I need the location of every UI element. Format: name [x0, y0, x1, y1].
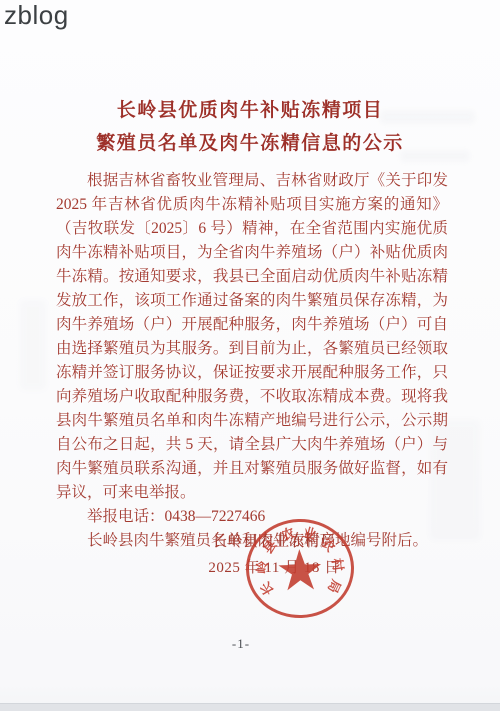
document-body: 根据吉林省畜牧业管理局、吉林省财政厅《关于印发 2025 年吉林省优质肉牛冻精补… — [56, 169, 448, 553]
seal-ring-char: 业 — [302, 526, 318, 542]
hotline-line: 举报电话：0438—7227466 — [56, 505, 448, 529]
document-title-line2: 繁殖员名单及肉牛冻精信息的公示 — [0, 127, 500, 160]
scan-edge-shadow — [0, 703, 500, 711]
document-title-line1: 长岭县优质肉牛补贴冻精项目 — [0, 94, 500, 127]
seal-star-icon: ★ — [276, 548, 324, 596]
hotline-label: 举报电话： — [87, 508, 165, 525]
scanned-document-page: zblog 长岭县优质肉牛补贴冻精项目 繁殖员名单及肉牛冻精信息的公示 根据吉林… — [0, 0, 500, 711]
hotline-number: 0438—7227466 — [165, 508, 266, 525]
seal-ring-char: 村 — [330, 558, 345, 573]
seal-ring-char: 局 — [326, 578, 343, 595]
site-watermark: zblog — [4, 0, 69, 31]
document-title: 长岭县优质肉牛补贴冻精项目 繁殖员名单及肉牛冻精信息的公示 — [0, 94, 500, 160]
seal-ring-char: 岭 — [255, 561, 269, 575]
seal-ring-char: 长 — [258, 580, 276, 598]
seal-ring-char: 农 — [280, 526, 297, 542]
bleed-through-texture — [20, 300, 46, 390]
page-number: -1- — [0, 636, 482, 652]
body-paragraph: 根据吉林省畜牧业管理局、吉林省财政厅《关于印发 2025 年吉林省优质肉牛冻精补… — [56, 169, 448, 505]
